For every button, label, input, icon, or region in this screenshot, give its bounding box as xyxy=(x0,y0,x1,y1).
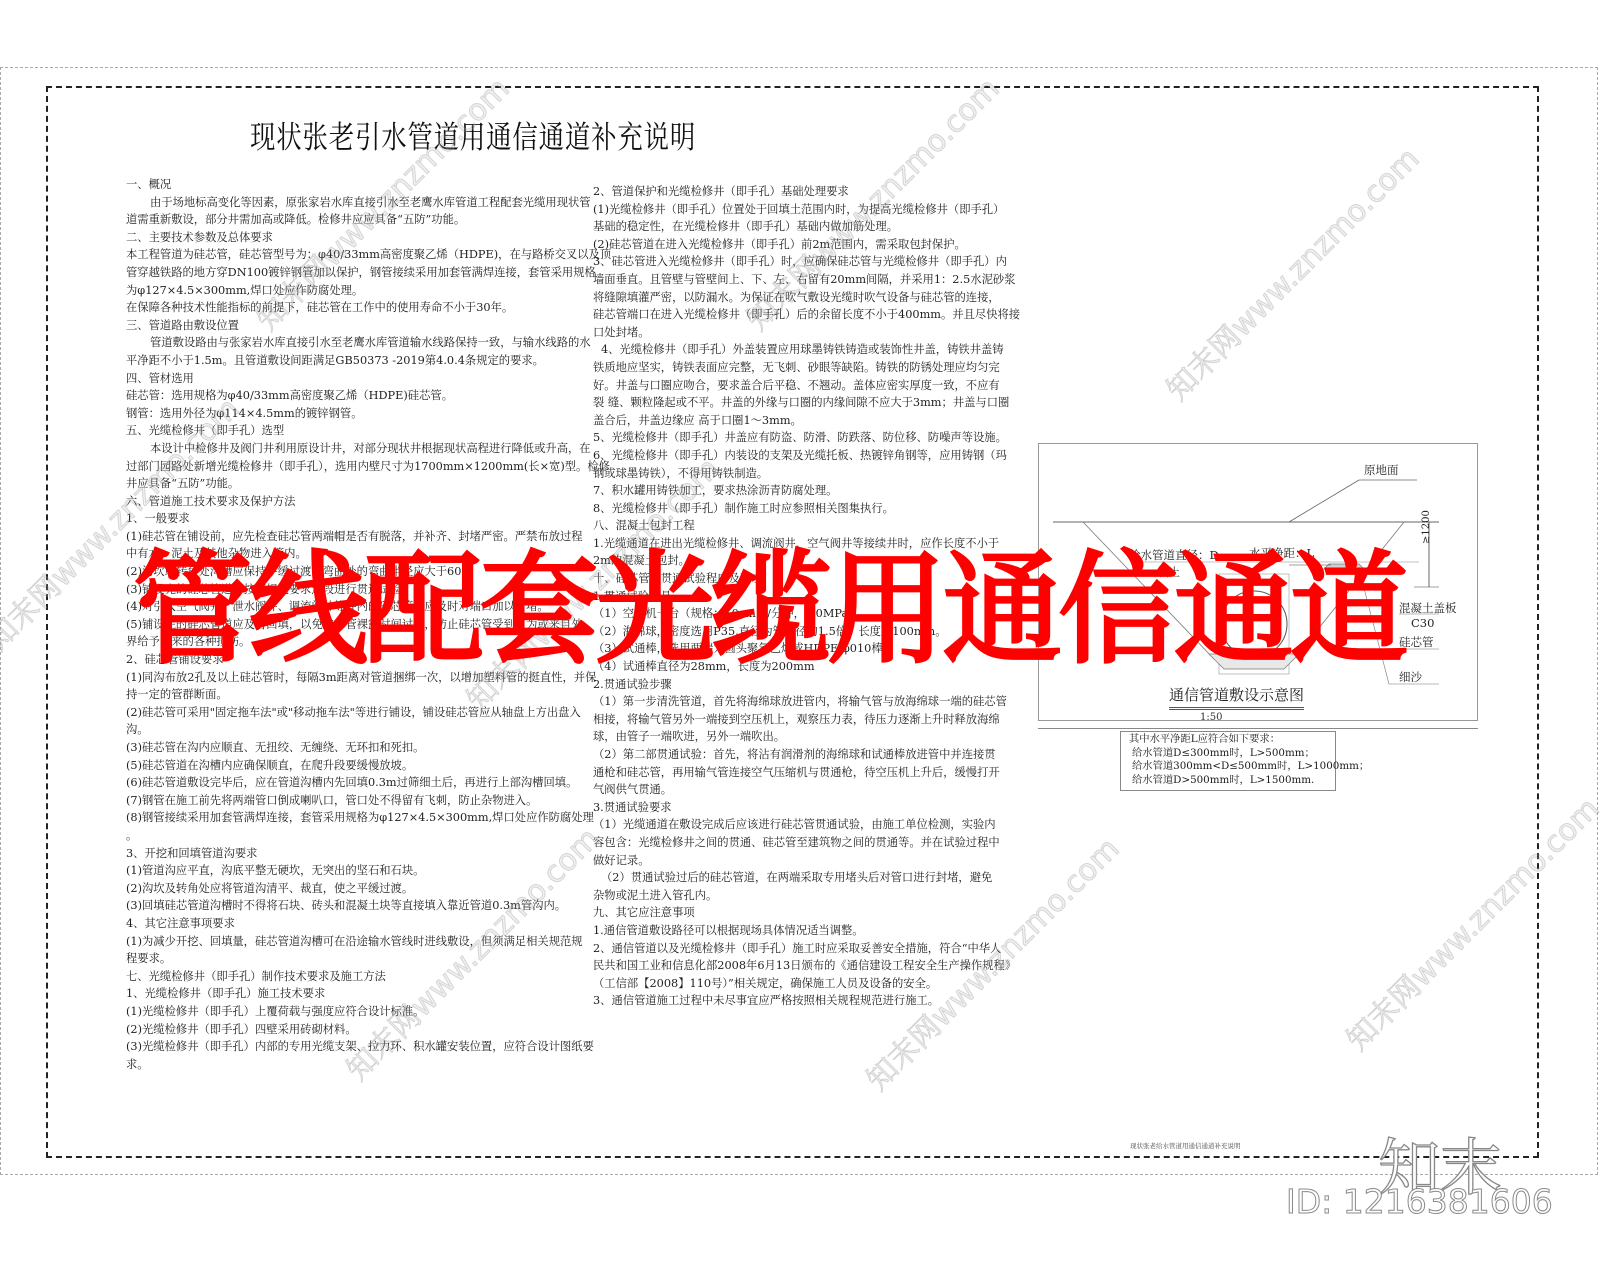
requirement-line: 给水管道300mm<D≤500mm时，L>1000mm； xyxy=(1129,760,1335,774)
text-line: (3)回填硅芯管道沟槽时不得将石块、砖头和混凝土块等直接填入靠近管道0.3m管沟… xyxy=(126,897,571,915)
text-line: 将缝隙填灌严密，以防漏水。为保证在吹气敷设光缆时吹气设备与硅芯管的连接， xyxy=(593,289,983,307)
text-line: 平净距不小于1.5m。且管道敷设间距满足GB50373 -2019第4.0.4条… xyxy=(126,352,571,370)
text-line: （2）贯通试验过后的硅芯管道，在两端采取专用堵头后对管口进行封堵，避免 xyxy=(593,869,983,887)
title-block-name: 现状张老给水管道用通信通道补充说明 xyxy=(1130,1141,1241,1150)
text-line: (1)为减少开挖、回填量，硅芯管道沟槽可在沿途输水管线时进线敷设，但须满足相关规… xyxy=(126,933,571,951)
text-line: 3.贯通试验要求 xyxy=(593,799,983,817)
text-line: 3、通信管道施工过程中未尽事宜应严格按照相关规程规范进行施工。 xyxy=(593,992,983,1010)
text-line: 管穿越铁路的地方穿DN100镀锌钢管加以保护，钢管接续采用加套管满焊连接，套管采… xyxy=(126,264,571,282)
label-ground: 原地面 xyxy=(1364,462,1399,478)
text-line: 1、光缆检修井（即手孔）施工技术要求 xyxy=(126,985,571,1003)
text-line: 井应具备“五防”功能。 xyxy=(126,475,571,493)
text-line: 好。井盖与口圈应吻合，要求盖合后平稳、不翘动。盖体应密实厚度一致，不应有 xyxy=(593,377,983,395)
section-heading: 六、管道施工技术要求及保护方法 xyxy=(126,493,571,511)
text-line: (2)硅芯管可采用"固定拖车法"或"移动拖车法"等进行铺设，铺设硅芯管应从轴盘上… xyxy=(126,704,571,722)
text-line: 基础的稳定性，在光缆检修井（即手孔）基础内做加筋处理。 xyxy=(593,218,983,236)
text-line: 1、一般要求 xyxy=(126,510,571,528)
text-line: 为φ127×4.5×300mm,焊口处应作防腐处理。 xyxy=(126,282,571,300)
text-line: 在保障各种技术性能指标的前提下，硅芯管在工作中的使用寿命不小于30年。 xyxy=(126,299,571,317)
text-line: 裂 缝、颗粒隆起或不平。井盖的外缘与口圈的内缘间隙不应大于3mm；井盖与口圈 xyxy=(593,394,983,412)
overlay-stamp-text: 管线配套光缆用通信通道 xyxy=(133,540,1405,680)
text-line: 4、光缆检修井（即手孔）外盖装置应用球墨铸铁铸造或装饰性井盖，铸铁井盖铸 xyxy=(593,341,983,359)
text-line: 管道敷设路由与张家岩水库直接引水至老鹰水库管道输水线路保持一致，与输水线路的水 xyxy=(126,334,571,352)
text-line: 硅芯管：选用规格为φ40/33mm高密度聚乙烯（HDPE)硅芯管。 xyxy=(126,387,571,405)
text-line: （1）光缆通道在敷设完成后应该进行硅芯管贯通试验，由施工单位检测，实验内 xyxy=(593,816,983,834)
section-heading: 一、概况 xyxy=(126,176,571,194)
text-line: 2、管道保护和光缆检修井（即手孔）基础处理要求 xyxy=(593,183,983,201)
text-line: (3)硅芯管在沟内应顺直、无扭绞、无缠绕、无环扣和死扣。 xyxy=(126,739,571,757)
text-line: 2、通信管道以及光缆检修井（即手孔）施工时应采取妥善安全措施，符合“中华人 xyxy=(593,940,983,958)
text-line: 本工程管道为硅芯管，硅芯管型号为：φ40/33mm高密度聚乙烯（HDPE)，在与… xyxy=(126,246,571,264)
text-line: 7、积水罐用铸铁加工，要求热涂沥青防腐处理。 xyxy=(593,482,983,500)
section-heading: 七、光缆检修井（即手孔）制作技术要求及施工方法 xyxy=(126,968,571,986)
text-line: 3、开挖和回填管道沟要求 xyxy=(126,845,571,863)
text-line: 5、光缆检修井（即手孔）井盖应有防盗、防滑、防跌落、防位移、防噪声等设施。 xyxy=(593,429,983,447)
text-line: 8、光缆检修井（即手孔）制作施工时应参照相关图集执行。 xyxy=(593,500,983,518)
text-line: (2)光缆检修井（即手孔）四壁采用砖砌材料。 xyxy=(126,1021,571,1039)
text-line: 3、硅芯管进入光缆检修井（即手孔）时，应确保硅芯管与光缆检修井（即手孔）内 xyxy=(593,253,983,271)
section-heading: 四、管材选用 xyxy=(126,370,571,388)
text-line: （工信部【2008】110号）”相关规定，确保施工人员及设备的安全。 xyxy=(593,975,983,993)
text-line: 1.通信管道敷设路径可以根据现场具体情况适当调整。 xyxy=(593,922,983,940)
requirement-line: 其中水平净距L应符合如下要求： xyxy=(1129,733,1335,747)
text-line: 本设计中检修井及阀门井利用原设计井，对部分现状井根据现状高程进行降低或升高，在 xyxy=(126,440,571,458)
text-line: 由于场地标高变化等因素，原张家岩水库直接引水至老鹰水库管道工程配套光缆用现状管 xyxy=(126,194,571,212)
text-line: 道需重新敷设，部分井需加高或降低。检修井应应具备“五防”功能。 xyxy=(126,211,571,229)
text-line: (3)光缆检修井（即手孔）内部的专用光缆支架、拉力环、积水罐安装位置，应符合设计… xyxy=(126,1038,571,1056)
text-line: 程要求。 xyxy=(126,950,571,968)
text-line: 求。 xyxy=(126,1056,571,1074)
text-line: (7)钢管在施工前先将两端管口倒成喇叭口，管口处不得留有飞刺，防止杂物进入。 xyxy=(126,792,571,810)
text-line: (8)钢管接续采用加套管满焊连接，套管采用规格为φ127×4.5×300mm,焊… xyxy=(126,809,571,827)
text-line: 6、光缆检修井（即手孔）内装设的支架及光缆托板、热镀锌角钢等，应用铸钢（玛 xyxy=(593,447,983,465)
text-line: 钢管：选用外径为φ114×4.5mm的镀锌钢管。 xyxy=(126,405,571,423)
diagram-caption: 通信管道敷设示意图 xyxy=(1169,684,1304,710)
text-line: 过部门园路处新增光缆检修井（即手孔），选用内壁尺寸为1700mm×1200mm(… xyxy=(126,458,571,476)
text-line: (5)硅芯管道在沟槽内应确保顺直，在爬升段要缓慢放坡。 xyxy=(126,757,571,775)
requirement-line: 给水管道D≤300mm时，L>500mm； xyxy=(1129,747,1335,761)
text-line: (1)光缆检修井（即手孔）上覆荷载与强度应符合设计标准。 xyxy=(126,1003,571,1021)
label-depth: ≥1200 xyxy=(1421,510,1432,544)
section-heading: 三、管道路由敷设位置 xyxy=(126,317,571,335)
text-line: (6)硅芯管道敷设完毕后，应在管道沟槽内先回填0.3m过筛细土后，再进行上部沟槽… xyxy=(126,774,571,792)
label-concrete-cover: 混凝土盖板 xyxy=(1399,600,1457,616)
text-line: 4、其它注意事项要求 xyxy=(126,915,571,933)
text-line: 沟。 xyxy=(126,721,571,739)
resource-id: ID: 1216381606 xyxy=(1286,1182,1553,1221)
label-concrete-grade: C30 xyxy=(1411,616,1434,630)
text-line: 相接，将输气管另外一端接到空压机上，观察压力表，待压力逐渐上升时释放海绵 xyxy=(593,711,983,729)
text-line: 盖合后，井盖边缘应 高于口圈1～3mm。 xyxy=(593,412,983,430)
text-line: (2)沟坎及转角处应将管道沟清平、裁直，使之平缓过渡。 xyxy=(126,880,571,898)
text-line: (1)光缆检修井（即手孔）位置处于回填土范围内时，为提高光缆检修井（即手孔） xyxy=(593,201,983,219)
text-line: 容包含：光缆检修井之间的贯通、硅芯管至建筑物之间的贯通等。并在试验过程中 xyxy=(593,834,983,852)
text-line: 民共和国工业和信息化部2008年6月13日颁布的《通信建设工程安全生产操作规程》 xyxy=(593,957,983,975)
text-line: 通枪和硅芯管，再用输气管连接空气压缩机与贯通枪，待空压机上升后，缓慢打开 xyxy=(593,764,983,782)
text-line: (2)硅芯管道在进入光缆检修井（即手孔）前2m范围内，需采取包封保护。 xyxy=(593,236,983,254)
text-line: 。 xyxy=(126,827,571,845)
diagram-scale: 1:50 xyxy=(1200,712,1222,723)
section-heading: 八、混凝土包封工程 xyxy=(593,517,983,535)
text-line: 球，由管子一端吹进，另外一端吹出。 xyxy=(593,728,983,746)
text-line: 硅芯管端口在进入光缆检修井（即手孔）后的余留长度不小于400mm。并且尽快将接 xyxy=(593,306,983,324)
text-line: （1）第一步清洗管道，首先将海绵球放进管内，将输气管与放海绵球一端的硅芯管 xyxy=(593,693,983,711)
divider xyxy=(1038,728,1478,729)
document-title: 现状张老引水管道用通信通道补充说明 xyxy=(250,112,696,157)
text-line: 持一定的管群断面。 xyxy=(126,686,571,704)
requirement-line: 给水管道D>500mm时，L>1500mm. xyxy=(1129,774,1335,788)
text-line: 铁质地应坚实，铸铁表面应完整，无飞刺、砂眼等缺陷。铸铁的防锈处理应均匀完 xyxy=(593,359,983,377)
clearance-requirements-box: 其中水平净距L应符合如下要求： 给水管道D≤300mm时，L>500mm； 给水… xyxy=(1120,731,1336,791)
text-line: 墙面垂直。且管壁与管壁间上、下、左、右留有20mm间隔，并采用1：2.5水泥砂浆 xyxy=(593,271,983,289)
section-heading: 二、主要技术参数及总体要求 xyxy=(126,229,571,247)
text-line: （2）第二部贯通试验：首先，将沾有润滑剂的海绵球和试通棒放进管中并连接贯 xyxy=(593,746,983,764)
text-line: 口处封堵。 xyxy=(593,324,983,342)
section-heading: 九、其它应注意事项 xyxy=(593,904,983,922)
text-line: 钢或球墨铸铁），不得用铸铁制造。 xyxy=(593,465,983,483)
text-line: 杂物或泥土进入管孔内。 xyxy=(593,887,983,905)
text-line: 气阀供气贯通。 xyxy=(593,781,983,799)
text-line: 做好记录。 xyxy=(593,852,983,870)
section-heading: 五、光缆检修井（即手孔）选型 xyxy=(126,422,571,440)
text-line: (1)管道沟应平直，沟底平整无硬坎，无突出的坚石和石块。 xyxy=(126,862,571,880)
